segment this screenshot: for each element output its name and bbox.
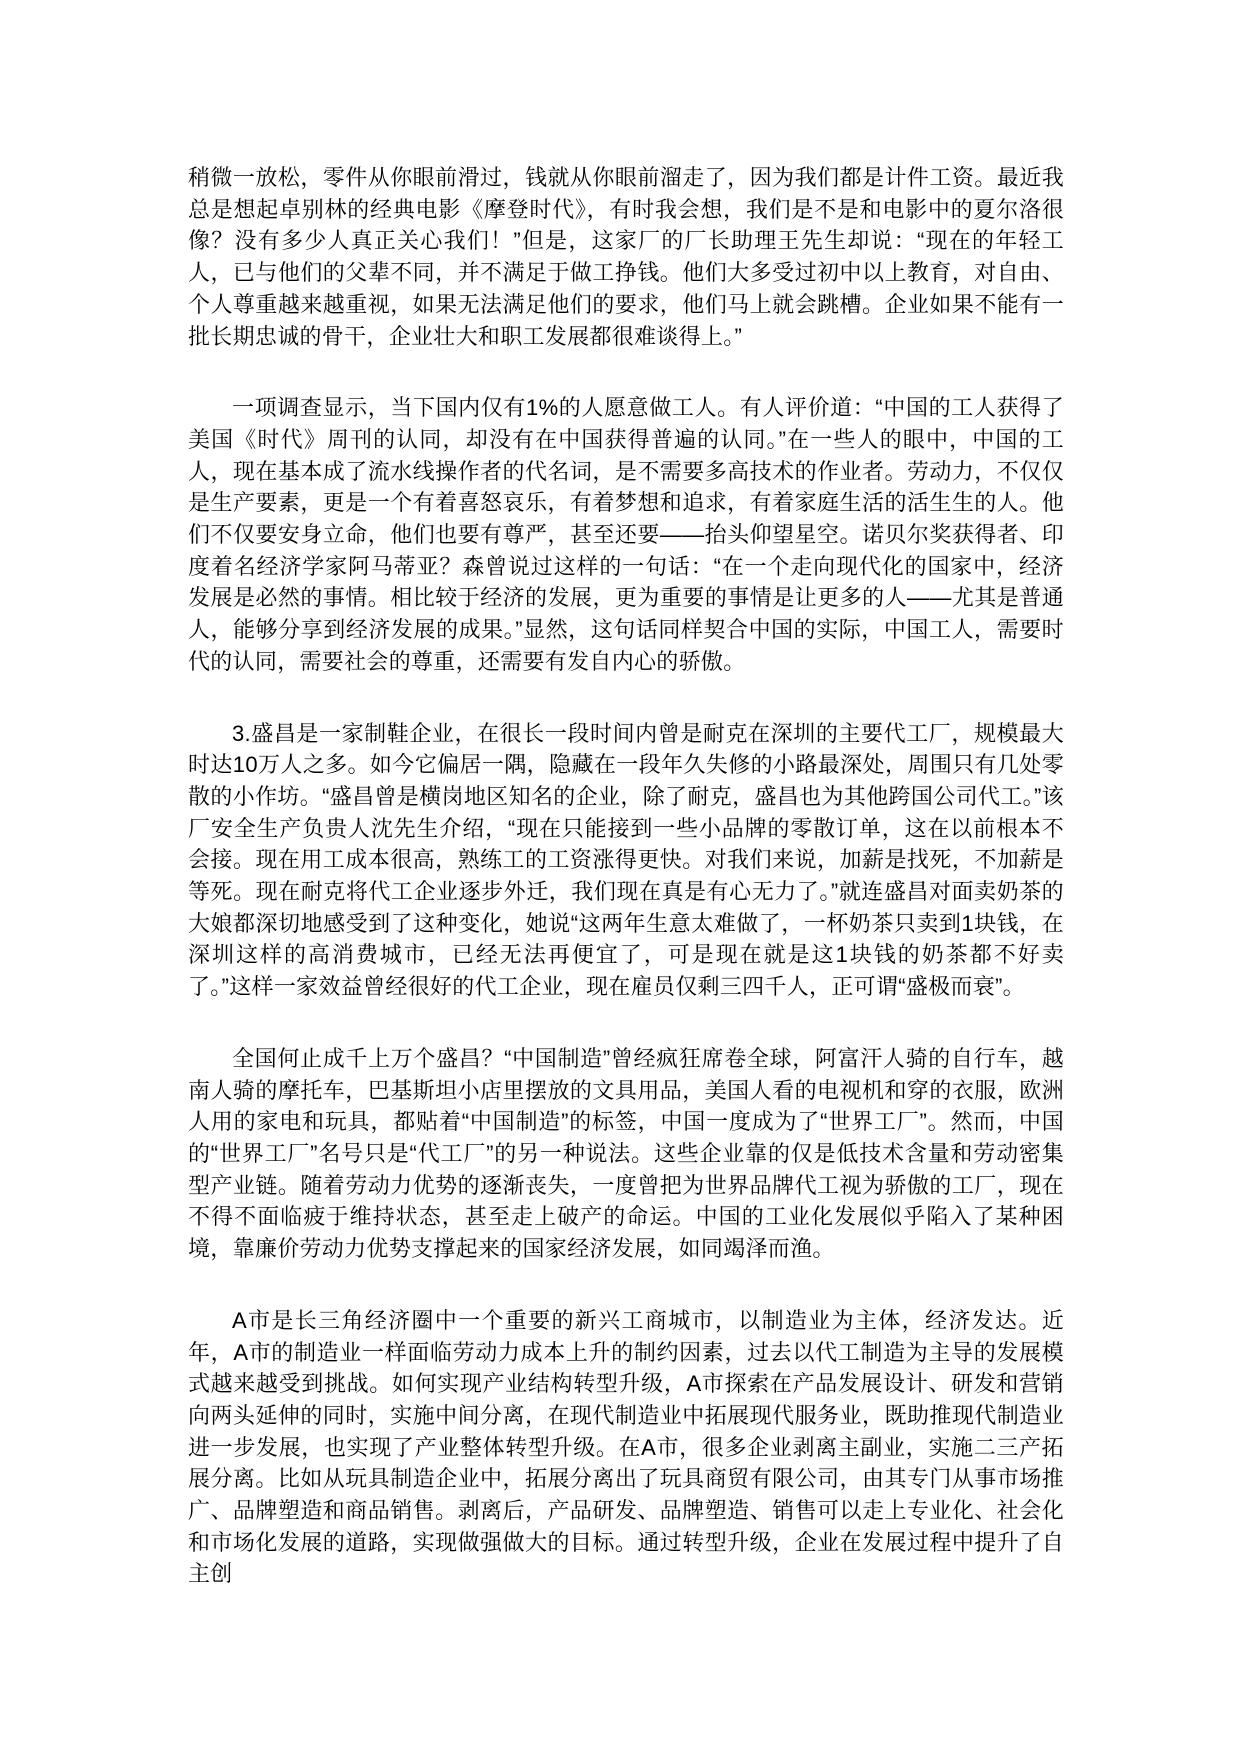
paragraph-city-a: A市是长三角经济圈中一个重要的新兴工商城市，以制造业为主体，经济发达。近年，A市… [188, 1305, 1064, 1590]
paragraph-made-in-china: 全国何止成千上万个盛昌？“中国制造”曾经疯狂席卷全球，阿富汗人骑的自行车，越南人… [188, 1043, 1064, 1265]
paragraph-continuation: 稍微一放松，零件从你眼前滑过，钱就从你眼前溜走了，因为我们都是计件工资。最近我总… [188, 162, 1064, 352]
document-body: 稍微一放松，零件从你眼前滑过，钱就从你眼前溜走了，因为我们都是计件工资。最近我总… [188, 162, 1064, 1590]
paragraph-item-3-shengchang: 3.盛昌是一家制鞋企业，在很长一段时间内曾是耐克在深圳的主要代工厂，规模最大时达… [188, 718, 1064, 1003]
paragraph-survey: 一项调查显示，当下国内仅有1%的人愿意做工人。有人评价道：“中国的工人获得了美国… [188, 392, 1064, 677]
document-page: 稍微一放松，零件从你眼前滑过，钱就从你眼前溜走了，因为我们都是计件工资。最近我总… [0, 0, 1240, 1754]
